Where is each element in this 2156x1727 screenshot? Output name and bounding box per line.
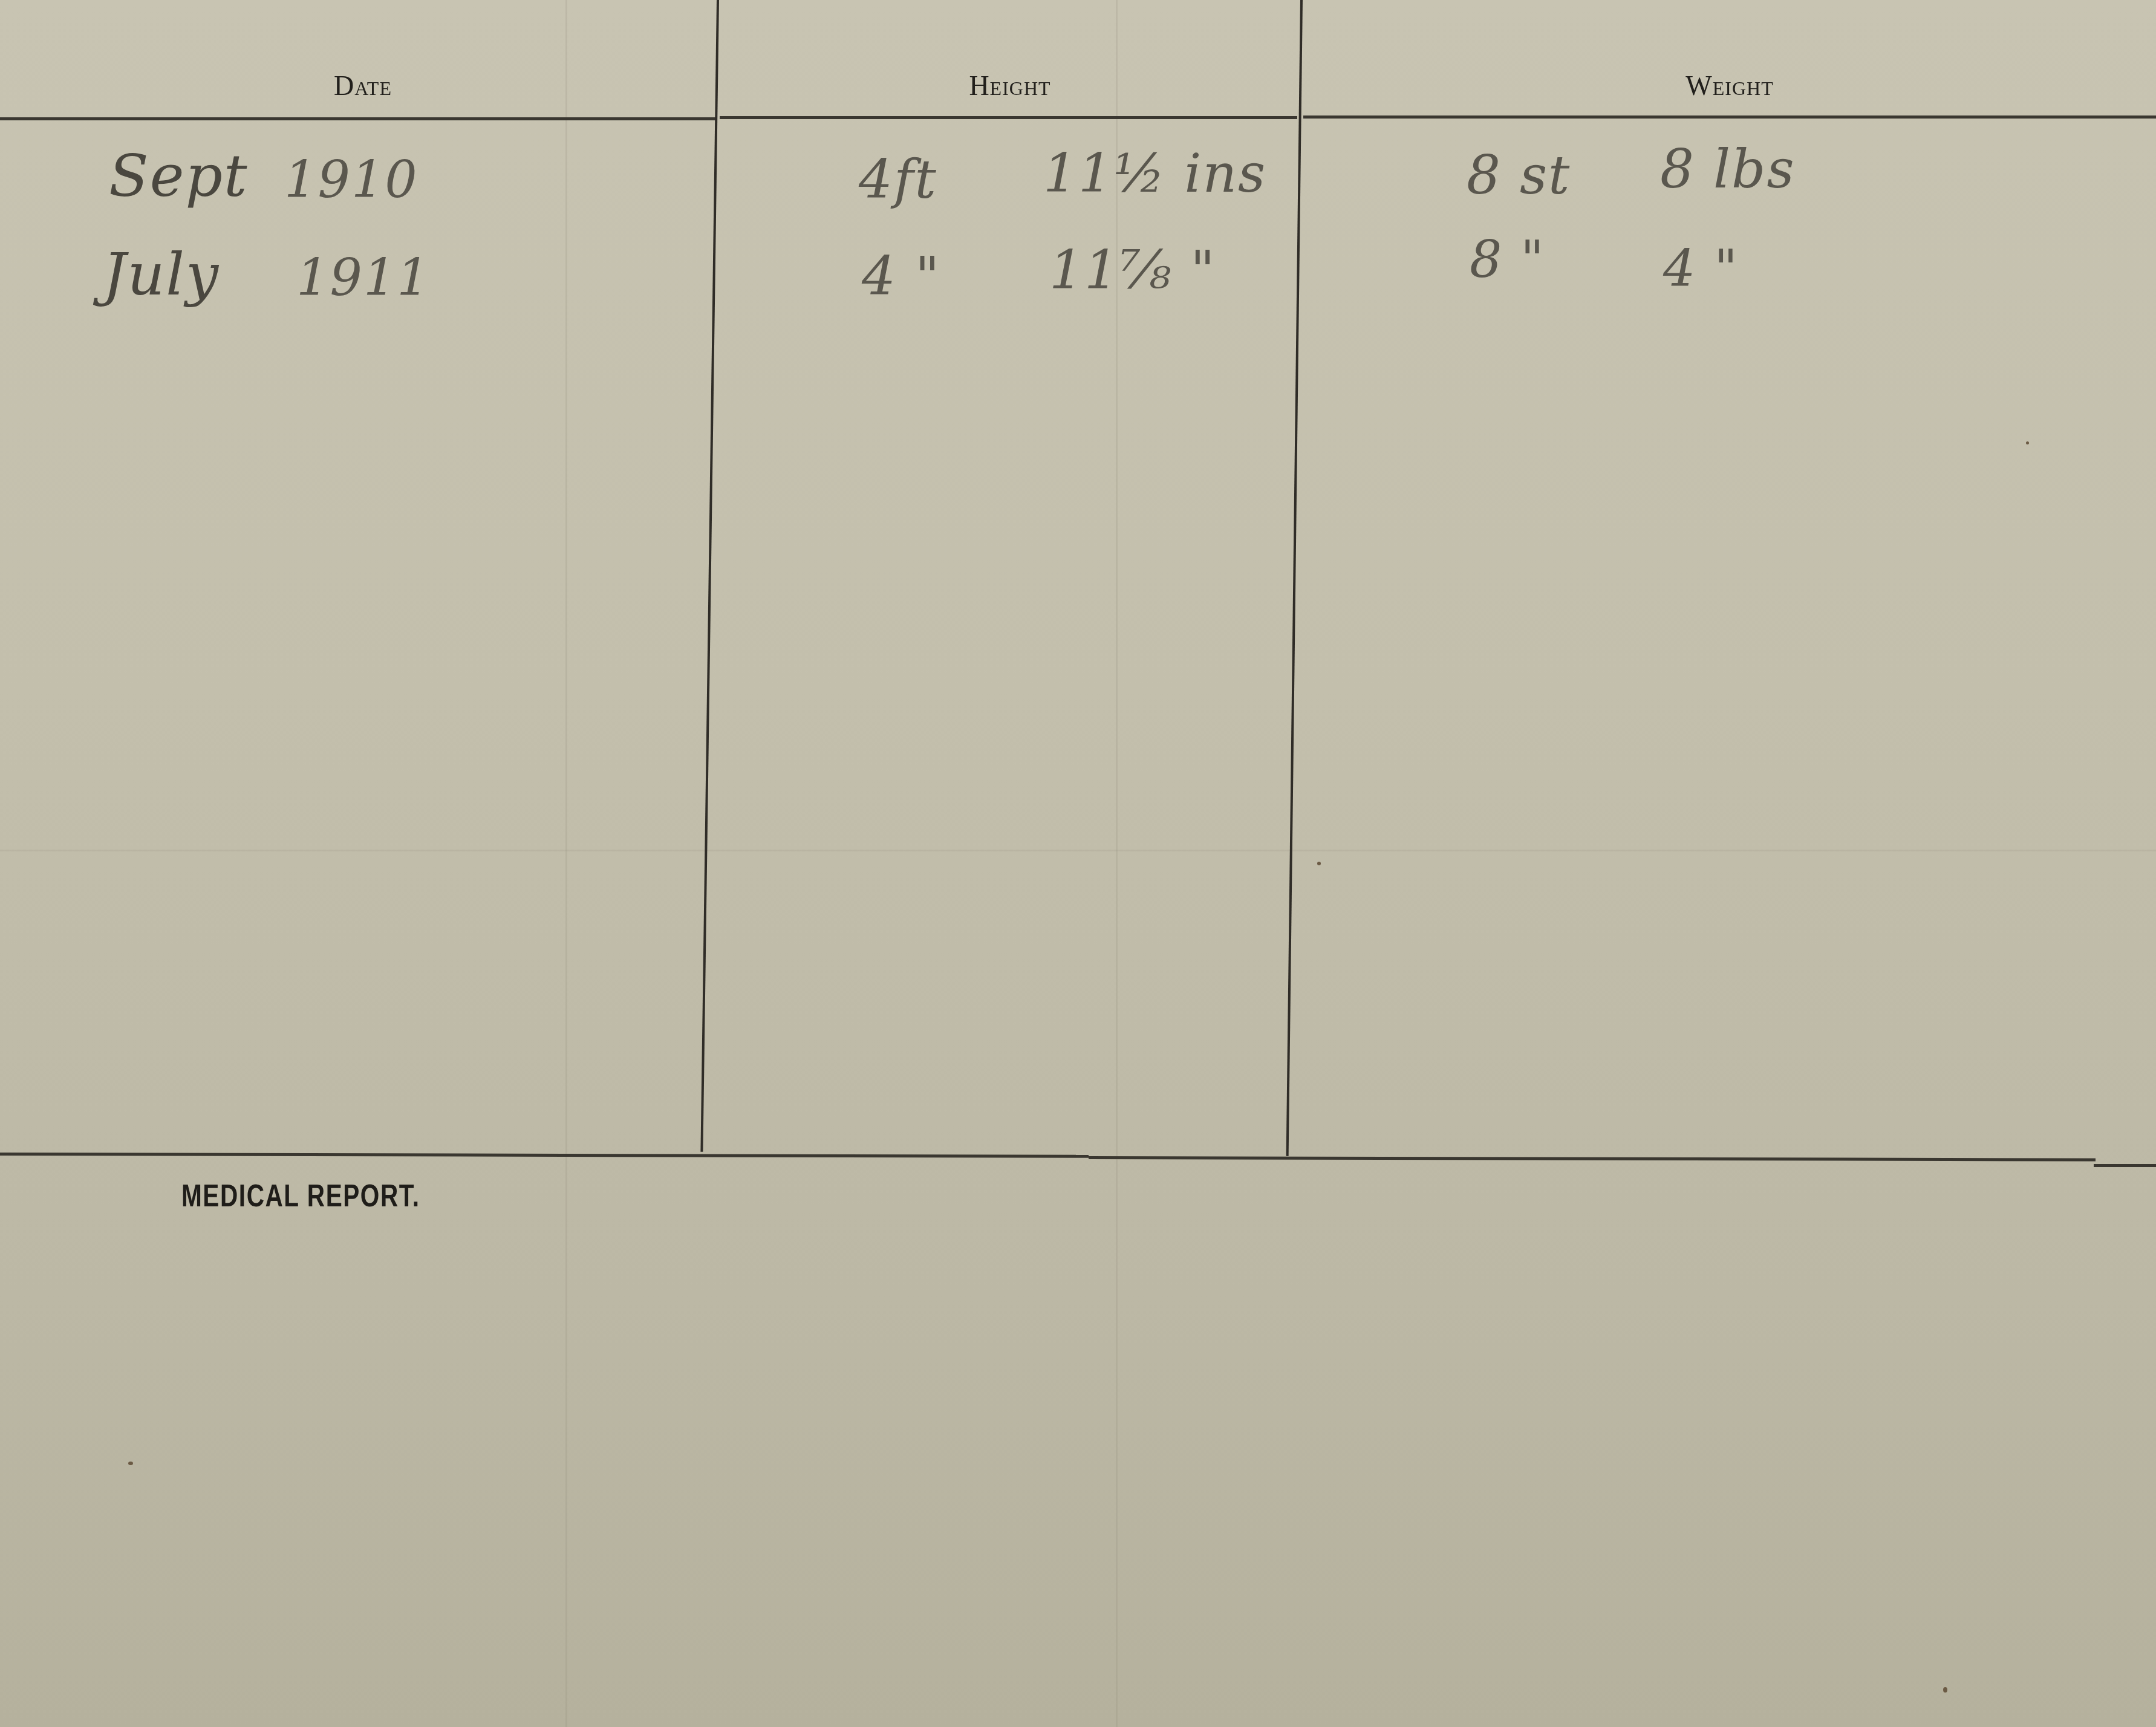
table-bottom-rule bbox=[1089, 1156, 2096, 1161]
paper-speck bbox=[1317, 862, 1321, 865]
column-divider-date-height bbox=[700, 0, 719, 1152]
header-rule-height bbox=[720, 116, 1297, 119]
column-header-height: Height bbox=[720, 70, 1300, 102]
row-2-height-inches: 11⅞ " bbox=[1049, 239, 1216, 301]
row-2-date-year: 1911 bbox=[296, 248, 431, 307]
medical-report-title: MEDICAL REPORT. bbox=[181, 1178, 420, 1214]
row-1-date-month: Sept bbox=[109, 142, 249, 210]
row-1-date-year: 1910 bbox=[284, 150, 418, 209]
column-header-weight: Weight bbox=[1303, 70, 2156, 102]
record-card-page: Date Height Weight Sept 1910 4ft 11½ ins… bbox=[0, 0, 2156, 1727]
row-1-weight-pounds: 8 lbs bbox=[1660, 138, 1796, 200]
column-header-date: Date bbox=[0, 70, 726, 102]
row-1-height-feet: 4ft bbox=[859, 148, 937, 210]
row-2-date-month: July bbox=[103, 241, 220, 308]
row-2-weight-pounds: 4 " bbox=[1663, 239, 1739, 298]
paper-speck bbox=[128, 1462, 133, 1465]
paper-speck bbox=[1943, 1687, 1947, 1693]
header-rule-date bbox=[0, 117, 717, 120]
column-divider-height-weight bbox=[1286, 0, 1303, 1156]
row-2-height-feet: 4 " bbox=[862, 245, 940, 307]
medical-report-body bbox=[181, 1240, 2056, 1693]
row-1-height-inches: 11½ ins bbox=[1043, 142, 1266, 204]
row-1-weight-stone: 8 st bbox=[1467, 144, 1571, 206]
paper-speck bbox=[2026, 441, 2029, 444]
table-bottom-rule bbox=[0, 1153, 1089, 1158]
table-bottom-rule bbox=[2094, 1164, 2156, 1167]
header-rule-weight bbox=[1303, 115, 2156, 119]
paper-fold-horizontal bbox=[0, 850, 2156, 851]
row-2-weight-stone: 8 " bbox=[1470, 230, 1545, 289]
